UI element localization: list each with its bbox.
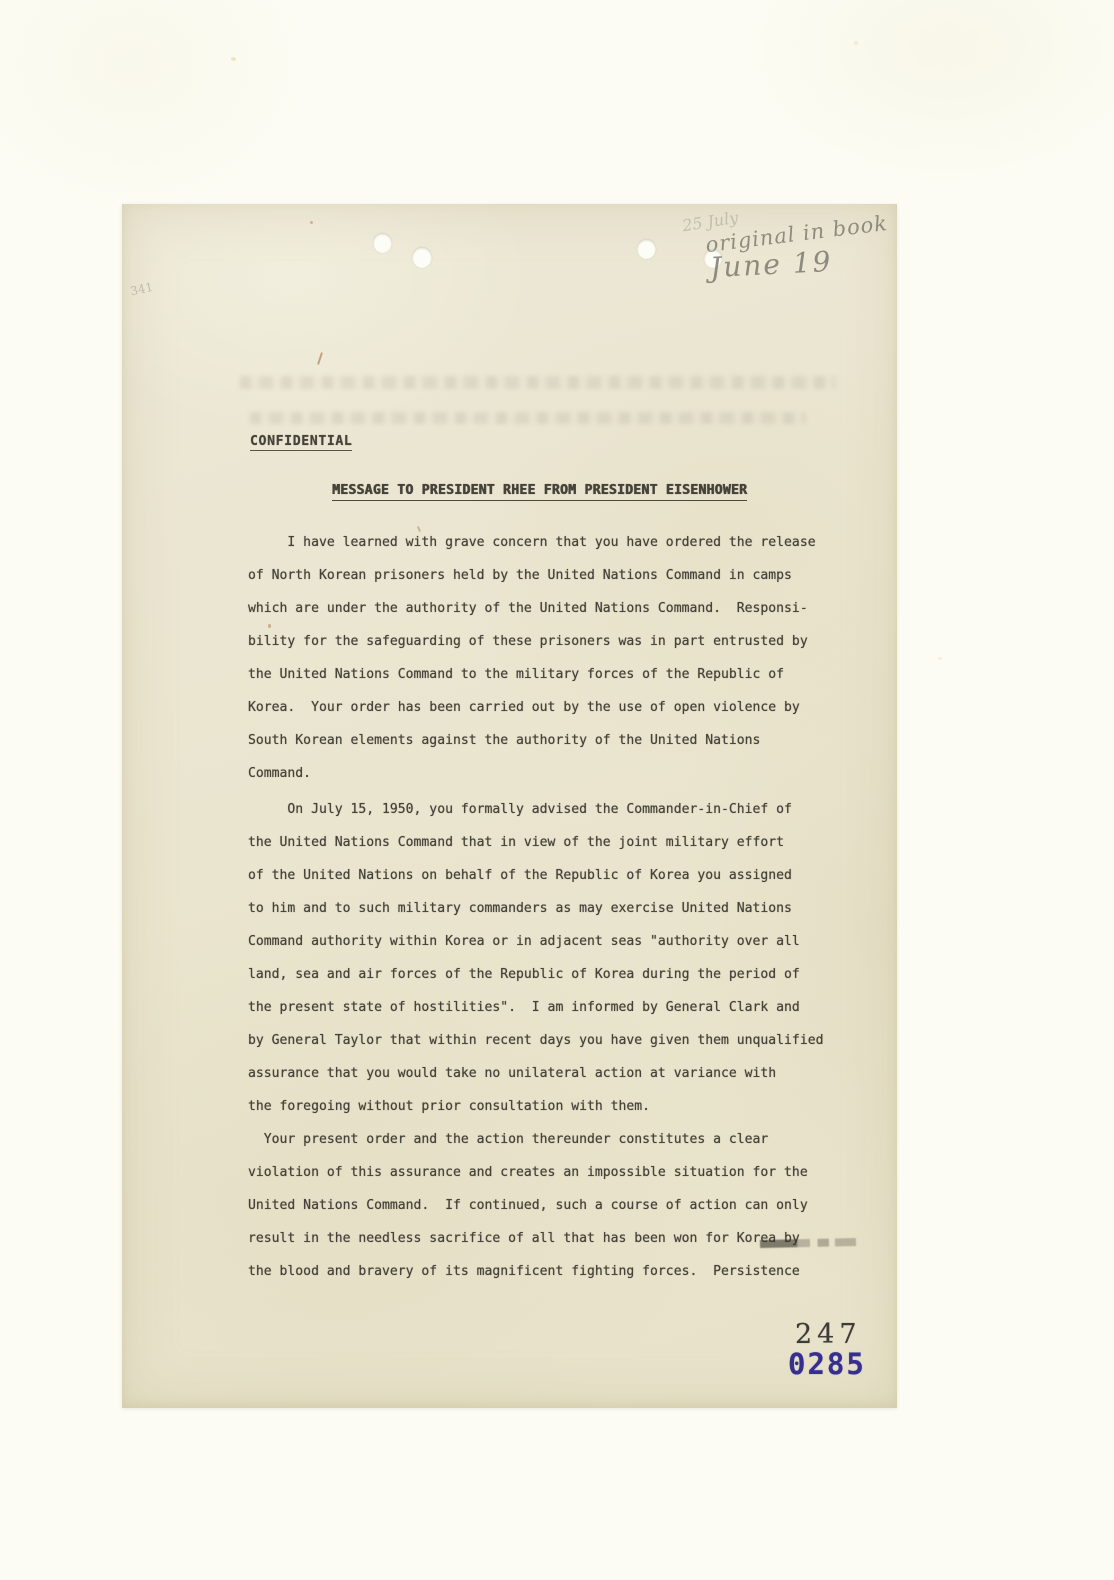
body-line: by General Taylor that within recent day… xyxy=(248,1024,848,1057)
page-number-stamp: 247 xyxy=(795,1319,862,1350)
paragraph-1: I have learned with grave concern that y… xyxy=(248,526,848,790)
bleed-through-line xyxy=(250,412,806,424)
body-line: the present state of hostilities". I am … xyxy=(248,991,848,1024)
document-page: 25 July original in book June 19 CONFIDE… xyxy=(122,204,897,1408)
body-line: assurance that you would take no unilate… xyxy=(248,1057,848,1090)
body-line: Command authority within Korea or in adj… xyxy=(248,925,848,958)
pencil-note-june-19: June 19 xyxy=(709,245,833,284)
body-line: result in the needless sacrifice of all … xyxy=(248,1222,848,1255)
scan-speck xyxy=(854,41,858,45)
body-line: of the United Nations on behalf of the R… xyxy=(248,859,848,892)
document-body: I have learned with grave concern that y… xyxy=(248,526,848,1288)
body-line: the foregoing without prior consultation… xyxy=(248,1090,848,1123)
body-line: South Korean elements against the author… xyxy=(248,724,848,757)
bleed-through-line xyxy=(240,376,836,389)
body-line: Your present order and the action thereu… xyxy=(248,1123,848,1156)
body-line: the blood and bravery of its magnificent… xyxy=(248,1255,848,1288)
body-line: the United Nations Command to the milita… xyxy=(248,658,848,691)
document-title: MESSAGE TO PRESIDENT RHEE FROM PRESIDENT… xyxy=(332,483,747,501)
body-line: United Nations Command. If continued, su… xyxy=(248,1189,848,1222)
body-line: bility for the safeguarding of these pri… xyxy=(248,625,848,658)
scan-speck xyxy=(938,657,942,660)
paragraph-3: Your present order and the action thereu… xyxy=(248,1123,848,1288)
body-line: Korea. Your order has been carried out b… xyxy=(248,691,848,724)
body-line: which are under the authority of the Uni… xyxy=(248,592,848,625)
body-line: Command. xyxy=(248,757,848,790)
body-line: the United Nations Command that in view … xyxy=(248,826,848,859)
body-line: land, sea and air forces of the Republic… xyxy=(248,958,848,991)
foxing-spot xyxy=(268,624,271,628)
paragraph-2: On July 15, 1950, you formally advised t… xyxy=(248,793,848,1123)
body-line: I have learned with grave concern that y… xyxy=(248,526,848,559)
foxing-spot xyxy=(310,221,313,224)
punch-hole xyxy=(637,239,656,259)
body-line: On July 15, 1950, you formally advised t… xyxy=(248,793,848,826)
body-line: of North Korean prisoners held by the Un… xyxy=(248,559,848,592)
body-line: to him and to such military commanders a… xyxy=(248,892,848,925)
paper-fiber xyxy=(317,352,323,365)
body-line: violation of this assurance and creates … xyxy=(248,1156,848,1189)
scan-speck xyxy=(231,57,236,61)
classification-label: CONFIDENTIAL xyxy=(250,434,352,451)
punch-hole xyxy=(412,247,432,268)
serial-number-stamp: 0285 xyxy=(788,1347,866,1381)
